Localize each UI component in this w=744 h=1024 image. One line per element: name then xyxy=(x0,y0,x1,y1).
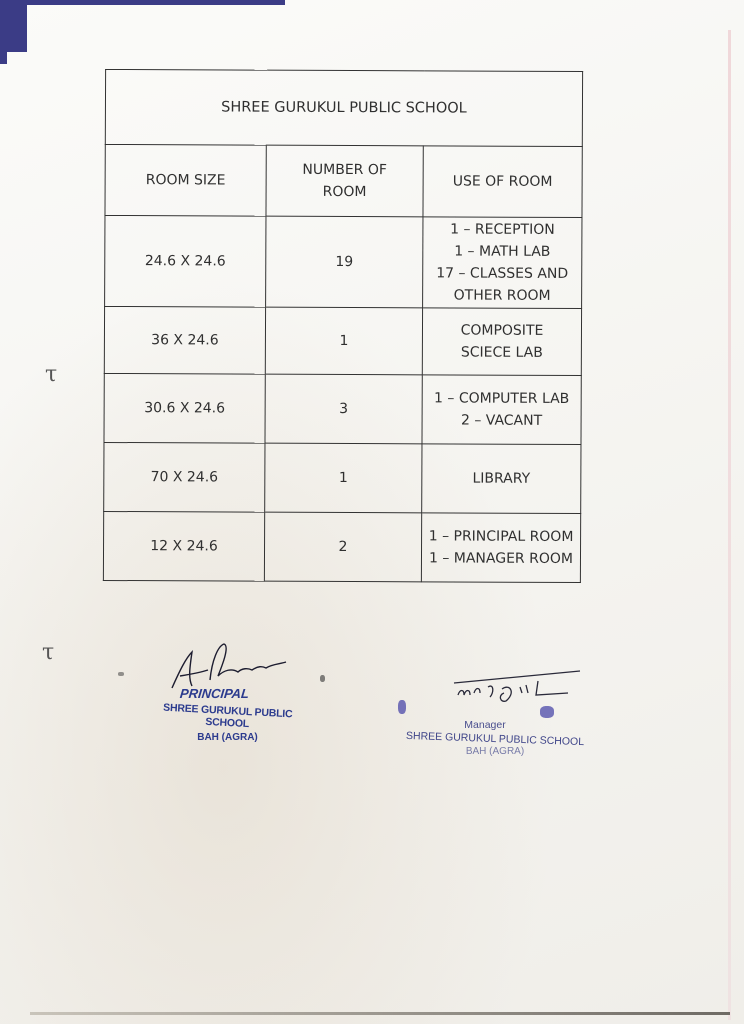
principal-stamp: PRINCIPAL SHREE GURUKUL PUBLIC SCHOOL BA… xyxy=(140,640,315,743)
use-line: 2 – VACANT xyxy=(427,409,577,432)
header-room-size: ROOM SIZE xyxy=(105,144,266,216)
blue-folder-tab-edge xyxy=(0,40,7,64)
room-use-cell: 1 – PRINCIPAL ROOM 1 – MANAGER ROOM xyxy=(421,513,580,583)
use-line: SCIECE LAB xyxy=(427,341,577,364)
margin-mark: τ xyxy=(45,362,57,387)
use-line: 1 – PRINCIPAL ROOM xyxy=(426,525,576,548)
room-size-cell: 12 X 24.6 xyxy=(103,511,264,581)
school-name-title: SHREE GURUKUL PUBLIC SCHOOL xyxy=(105,69,582,146)
ink-smudge xyxy=(398,700,406,714)
use-line: OTHER ROOM xyxy=(427,284,577,307)
margin-mark: τ xyxy=(42,640,54,665)
principal-signature-icon xyxy=(140,640,315,692)
table-header-row: ROOM SIZE NUMBER OF ROOM USE OF ROOM xyxy=(105,144,582,217)
header-number-of-room: NUMBER OF ROOM xyxy=(266,145,423,217)
use-line: 1 – MATH LAB xyxy=(427,240,577,263)
room-count-cell: 3 xyxy=(265,374,422,444)
page-bottom-edge xyxy=(30,1012,730,1015)
principal-place: BAH (AGRA) xyxy=(140,732,315,743)
header-number-of-room-label: NUMBER OF ROOM xyxy=(295,159,395,203)
room-details-table: SHREE GURUKUL PUBLIC SCHOOL ROOM SIZE NU… xyxy=(103,69,583,583)
ink-smudge xyxy=(320,675,325,682)
blue-folder-tab xyxy=(0,0,285,5)
use-line: 1 – MANAGER ROOM xyxy=(426,547,576,570)
room-size-cell: 24.6 X 24.6 xyxy=(105,215,266,307)
room-use-cell: LIBRARY xyxy=(422,444,581,514)
table-row: 70 X 24.6 1 LIBRARY xyxy=(104,442,581,513)
header-use-of-room: USE OF ROOM xyxy=(423,146,582,218)
room-count-cell: 19 xyxy=(266,216,423,308)
manager-place: BAH (AGRA) xyxy=(395,746,595,757)
use-line: COMPOSITE xyxy=(427,319,577,342)
use-line: 1 – COMPUTER LAB xyxy=(427,387,577,410)
manager-title: Manager xyxy=(395,719,595,731)
room-use-cell: 1 – COMPUTER LAB 2 – VACANT xyxy=(422,375,581,445)
use-line: LIBRARY xyxy=(426,467,576,490)
room-size-cell: 30.6 X 24.6 xyxy=(104,373,265,443)
room-size-cell: 36 X 24.6 xyxy=(104,306,265,374)
table-row: 36 X 24.6 1 COMPOSITE SCIECE LAB xyxy=(104,306,581,375)
ink-smudge xyxy=(118,672,124,676)
use-line: 17 – CLASSES AND xyxy=(427,262,577,285)
use-line: 1 – RECEPTION xyxy=(427,218,577,241)
table-row: 30.6 X 24.6 3 1 – COMPUTER LAB 2 – VACAN… xyxy=(104,373,581,444)
table-title-row: SHREE GURUKUL PUBLIC SCHOOL xyxy=(105,69,582,146)
manager-stamp: Manager SHREE GURUKUL PUBLIC SCHOOL BAH … xyxy=(395,665,595,757)
room-count-cell: 2 xyxy=(264,512,421,582)
room-count-cell: 1 xyxy=(265,307,422,375)
principal-school-name: SHREE GURUKUL PUBLIC SCHOOL xyxy=(139,700,315,733)
page-edge xyxy=(728,30,731,1020)
table-row: 12 X 24.6 2 1 – PRINCIPAL ROOM 1 – MANAG… xyxy=(103,511,580,582)
manager-signature-icon xyxy=(395,665,595,713)
ink-smudge xyxy=(540,706,554,718)
room-size-cell: 70 X 24.6 xyxy=(104,442,265,512)
room-use-cell: 1 – RECEPTION 1 – MATH LAB 17 – CLASSES … xyxy=(423,217,582,309)
table-row: 24.6 X 24.6 19 1 – RECEPTION 1 – MATH LA… xyxy=(105,215,582,308)
room-use-cell: COMPOSITE SCIECE LAB xyxy=(422,308,581,376)
principal-title: PRINCIPAL xyxy=(139,686,316,701)
room-count-cell: 1 xyxy=(265,443,422,513)
